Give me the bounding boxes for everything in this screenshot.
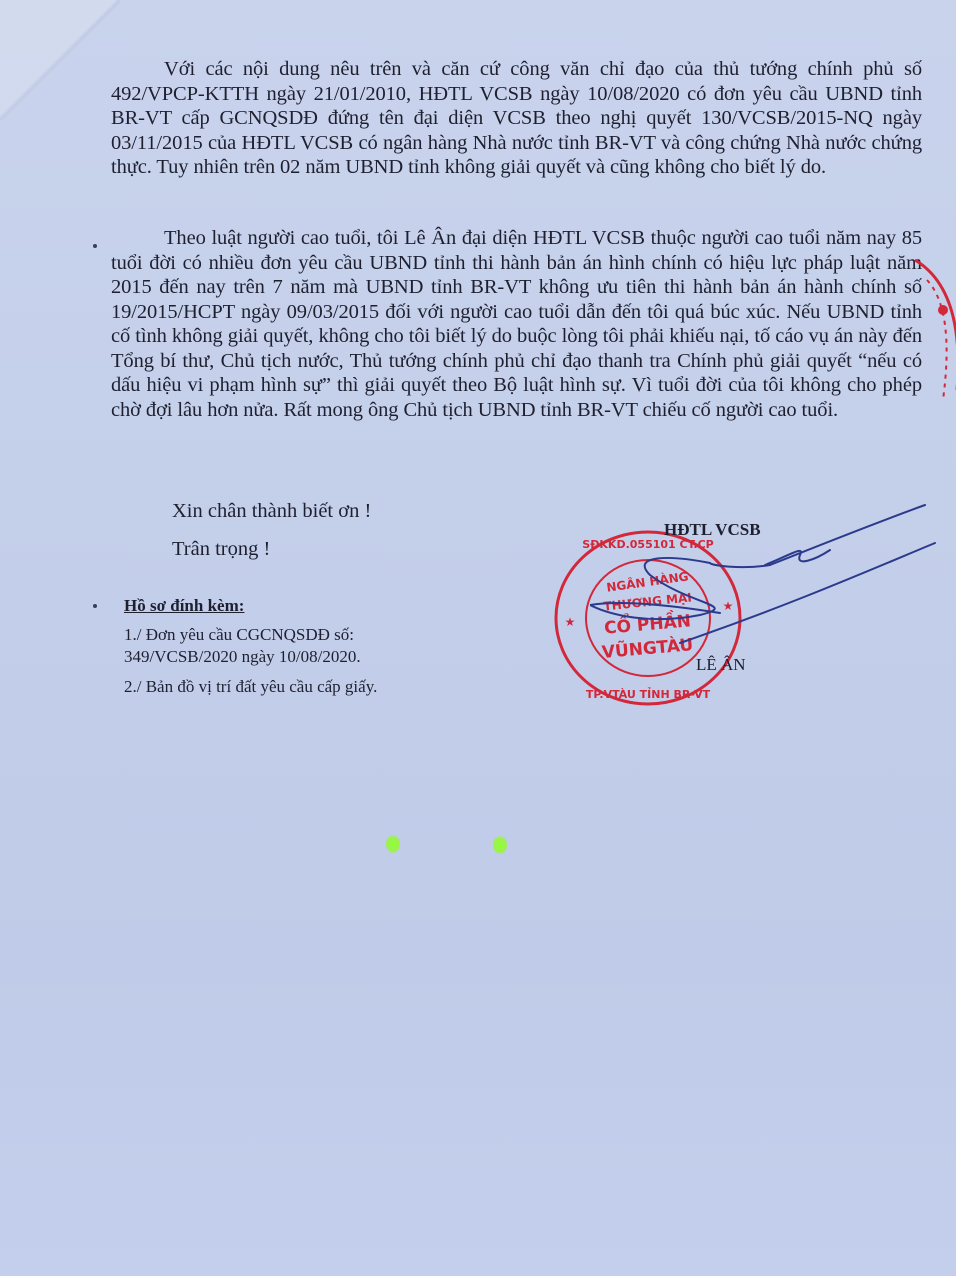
svg-text:TP.VTÀU TỈNH BR-VT: TP.VTÀU TỈNH BR-VT xyxy=(586,687,711,701)
light-reflection xyxy=(386,835,400,853)
signer-name: LÊ ÂN xyxy=(696,655,746,675)
folded-corner xyxy=(0,0,120,120)
light-reflection xyxy=(493,836,507,854)
paragraph-1: Với các nội dung nêu trên và căn cứ công… xyxy=(111,57,922,180)
speck xyxy=(93,244,97,248)
attachment-item: 2./ Bản đồ vị trí đất yêu cầu cấp giấy. xyxy=(124,676,377,698)
attachment-item: 1./ Đơn yêu cầu CGCNQSDĐ số: 349/VCSB/20… xyxy=(124,624,361,668)
handwritten-signature-icon xyxy=(590,495,940,665)
partial-seal-icon xyxy=(905,250,956,410)
closing-thanks: Xin chân thành biết ơn ! xyxy=(172,500,371,523)
paragraph-text: Theo luật người cao tuổi, tôi Lê Ân đại … xyxy=(111,226,922,422)
attachments-title: Hồ sơ đính kèm: xyxy=(124,596,244,616)
paragraph-2: Theo luật người cao tuổi, tôi Lê Ân đại … xyxy=(111,226,922,422)
paragraph-text: Với các nội dung nêu trên và căn cứ công… xyxy=(111,57,922,180)
speck xyxy=(93,604,97,608)
document-page: Với các nội dung nêu trên và căn cứ công… xyxy=(0,0,956,1276)
svg-text:★: ★ xyxy=(565,615,576,629)
closing-regards: Trân trọng ! xyxy=(172,538,270,561)
